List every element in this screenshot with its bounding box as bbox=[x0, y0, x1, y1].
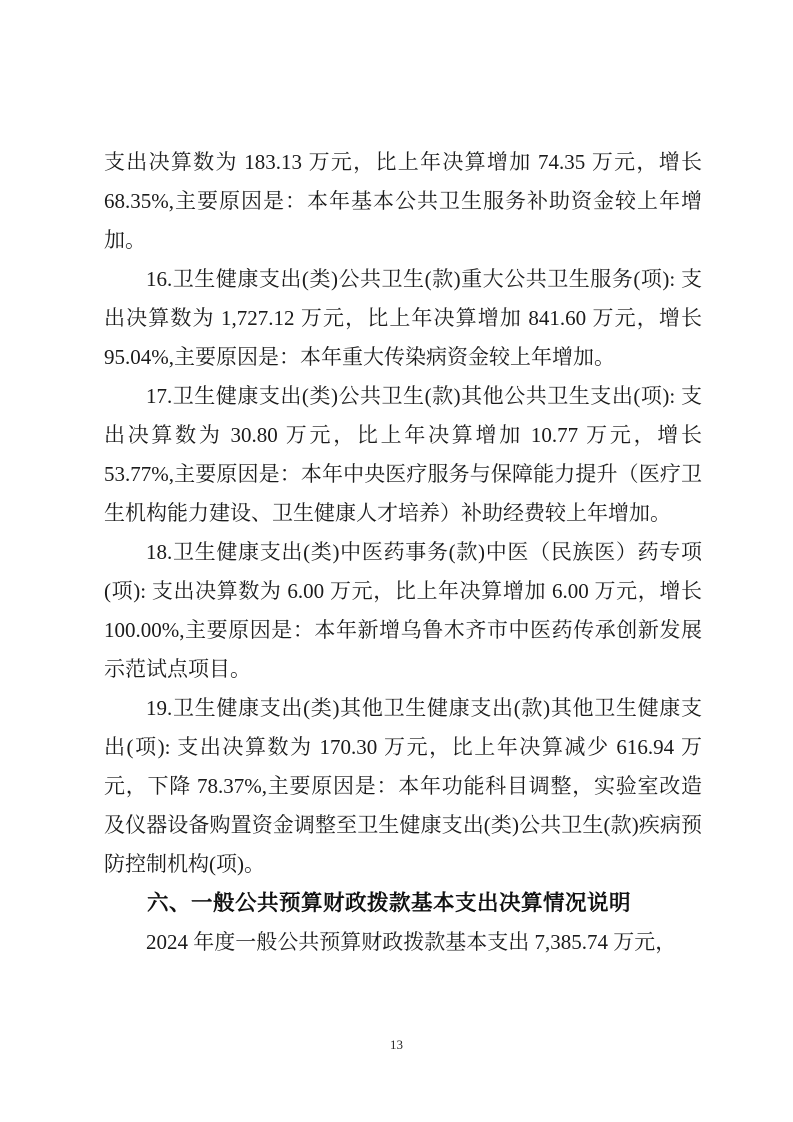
paragraph-continuation: 支出决算数为 183.13 万元，比上年决算增加 74.35 万元，增长 68.… bbox=[104, 143, 702, 260]
paragraph-item-19: 19.卫生健康支出(类)其他卫生健康支出(款)其他卫生健康支出(项): 支出决算… bbox=[104, 689, 702, 884]
paragraph-item-17: 17.卫生健康支出(类)公共卫生(款)其他公共卫生支出(项): 支出决算数为 3… bbox=[104, 377, 702, 533]
document-page: 支出决算数为 183.13 万元，比上年决算增加 74.35 万元，增长 68.… bbox=[0, 0, 793, 1122]
page-footer: 13 bbox=[0, 1036, 793, 1054]
paragraph-basic-expenditure-summary: 2024 年度一般公共预算财政拨款基本支出 7,385.74 万元， bbox=[104, 923, 702, 962]
page-content: 支出决算数为 183.13 万元，比上年决算增加 74.35 万元，增长 68.… bbox=[104, 143, 702, 962]
paragraph-item-18: 18.卫生健康支出(类)中医药事务(款)中医（民族医）药专项(项): 支出决算数… bbox=[104, 533, 702, 689]
page-number: 13 bbox=[390, 1037, 403, 1052]
section-heading: 六、一般公共预算财政拨款基本支出决算情况说明 bbox=[104, 884, 702, 923]
paragraph-item-16: 16.卫生健康支出(类)公共卫生(款)重大公共卫生服务(项): 支出决算数为 1… bbox=[104, 260, 702, 377]
